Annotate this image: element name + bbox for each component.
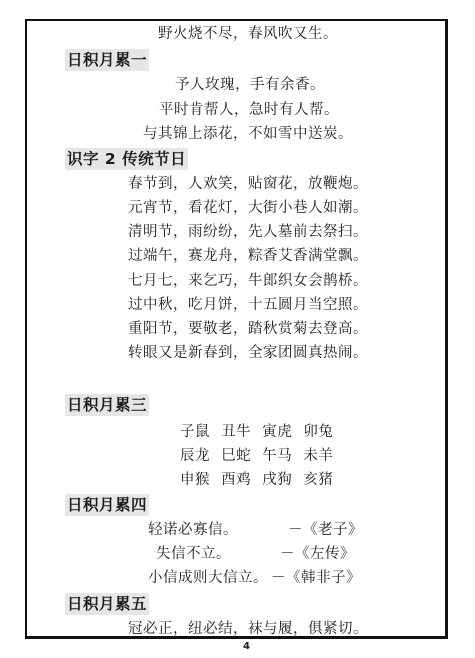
page-number: 4: [243, 641, 250, 653]
section-heading-1: 日积月累一: [65, 49, 149, 71]
quote-1-text: 轻诺必寡信。: [148, 520, 238, 540]
section1-line-3: 与其锦上添花，不如雪中送炭。: [143, 124, 353, 144]
festival-line-4: 过端午，赛龙舟，粽香艾香满堂飘。: [128, 246, 368, 266]
section1-line-2: 平时肯帮人，急时有人帮。: [159, 100, 339, 120]
festival-line-2: 元宵节，看花灯，大街小巷人如潮。: [128, 198, 368, 218]
section5-line: 冠必正，纽必结，袜与履，俱紧切。: [128, 619, 368, 639]
festival-line-3: 清明节，雨纷纷，先人墓前去祭扫。: [128, 222, 368, 242]
quote-1-source: －《老子》: [288, 520, 363, 540]
quote-2-text: 失信不立。: [156, 544, 231, 564]
festival-line-1: 春节到，人欢笑，贴窗花，放鞭炮。: [128, 174, 368, 194]
section1-line-1: 予人玫瑰，手有余香。: [175, 75, 325, 95]
section-heading-2: 识字 2 传统节日: [65, 148, 188, 170]
intro-poem-line: 野火烧不尽，春风吹又生。: [158, 24, 338, 44]
section-heading-4: 日积月累四: [65, 494, 149, 516]
quote-3-source: －《韩非子》: [271, 568, 361, 588]
festival-line-7: 重阳节，要敬老，踏秋赏菊去登高。: [128, 319, 368, 339]
zodiac-row-1: 子鼠 丑牛 寅虎 卯兔: [180, 422, 333, 442]
quote-2-source: －《左传》: [280, 544, 355, 564]
section-heading-3: 日积月累三: [65, 394, 149, 416]
festival-line-8: 转眼又是新春到，全家团圆真热闹。: [128, 343, 368, 363]
festival-line-6: 过中秋，吃月饼，十五圆月当空照。: [128, 295, 368, 315]
festival-line-5: 七月七，来乞巧，牛郎织女会鹊桥。: [128, 271, 368, 291]
quote-3-text: 小信成则大信立。: [148, 568, 268, 588]
section-heading-5: 日积月累五: [65, 593, 149, 615]
zodiac-row-2: 辰龙 巳蛇 午马 未羊: [180, 446, 333, 466]
zodiac-row-3: 申猴 酉鸡 戌狗 亥猪: [180, 470, 333, 490]
